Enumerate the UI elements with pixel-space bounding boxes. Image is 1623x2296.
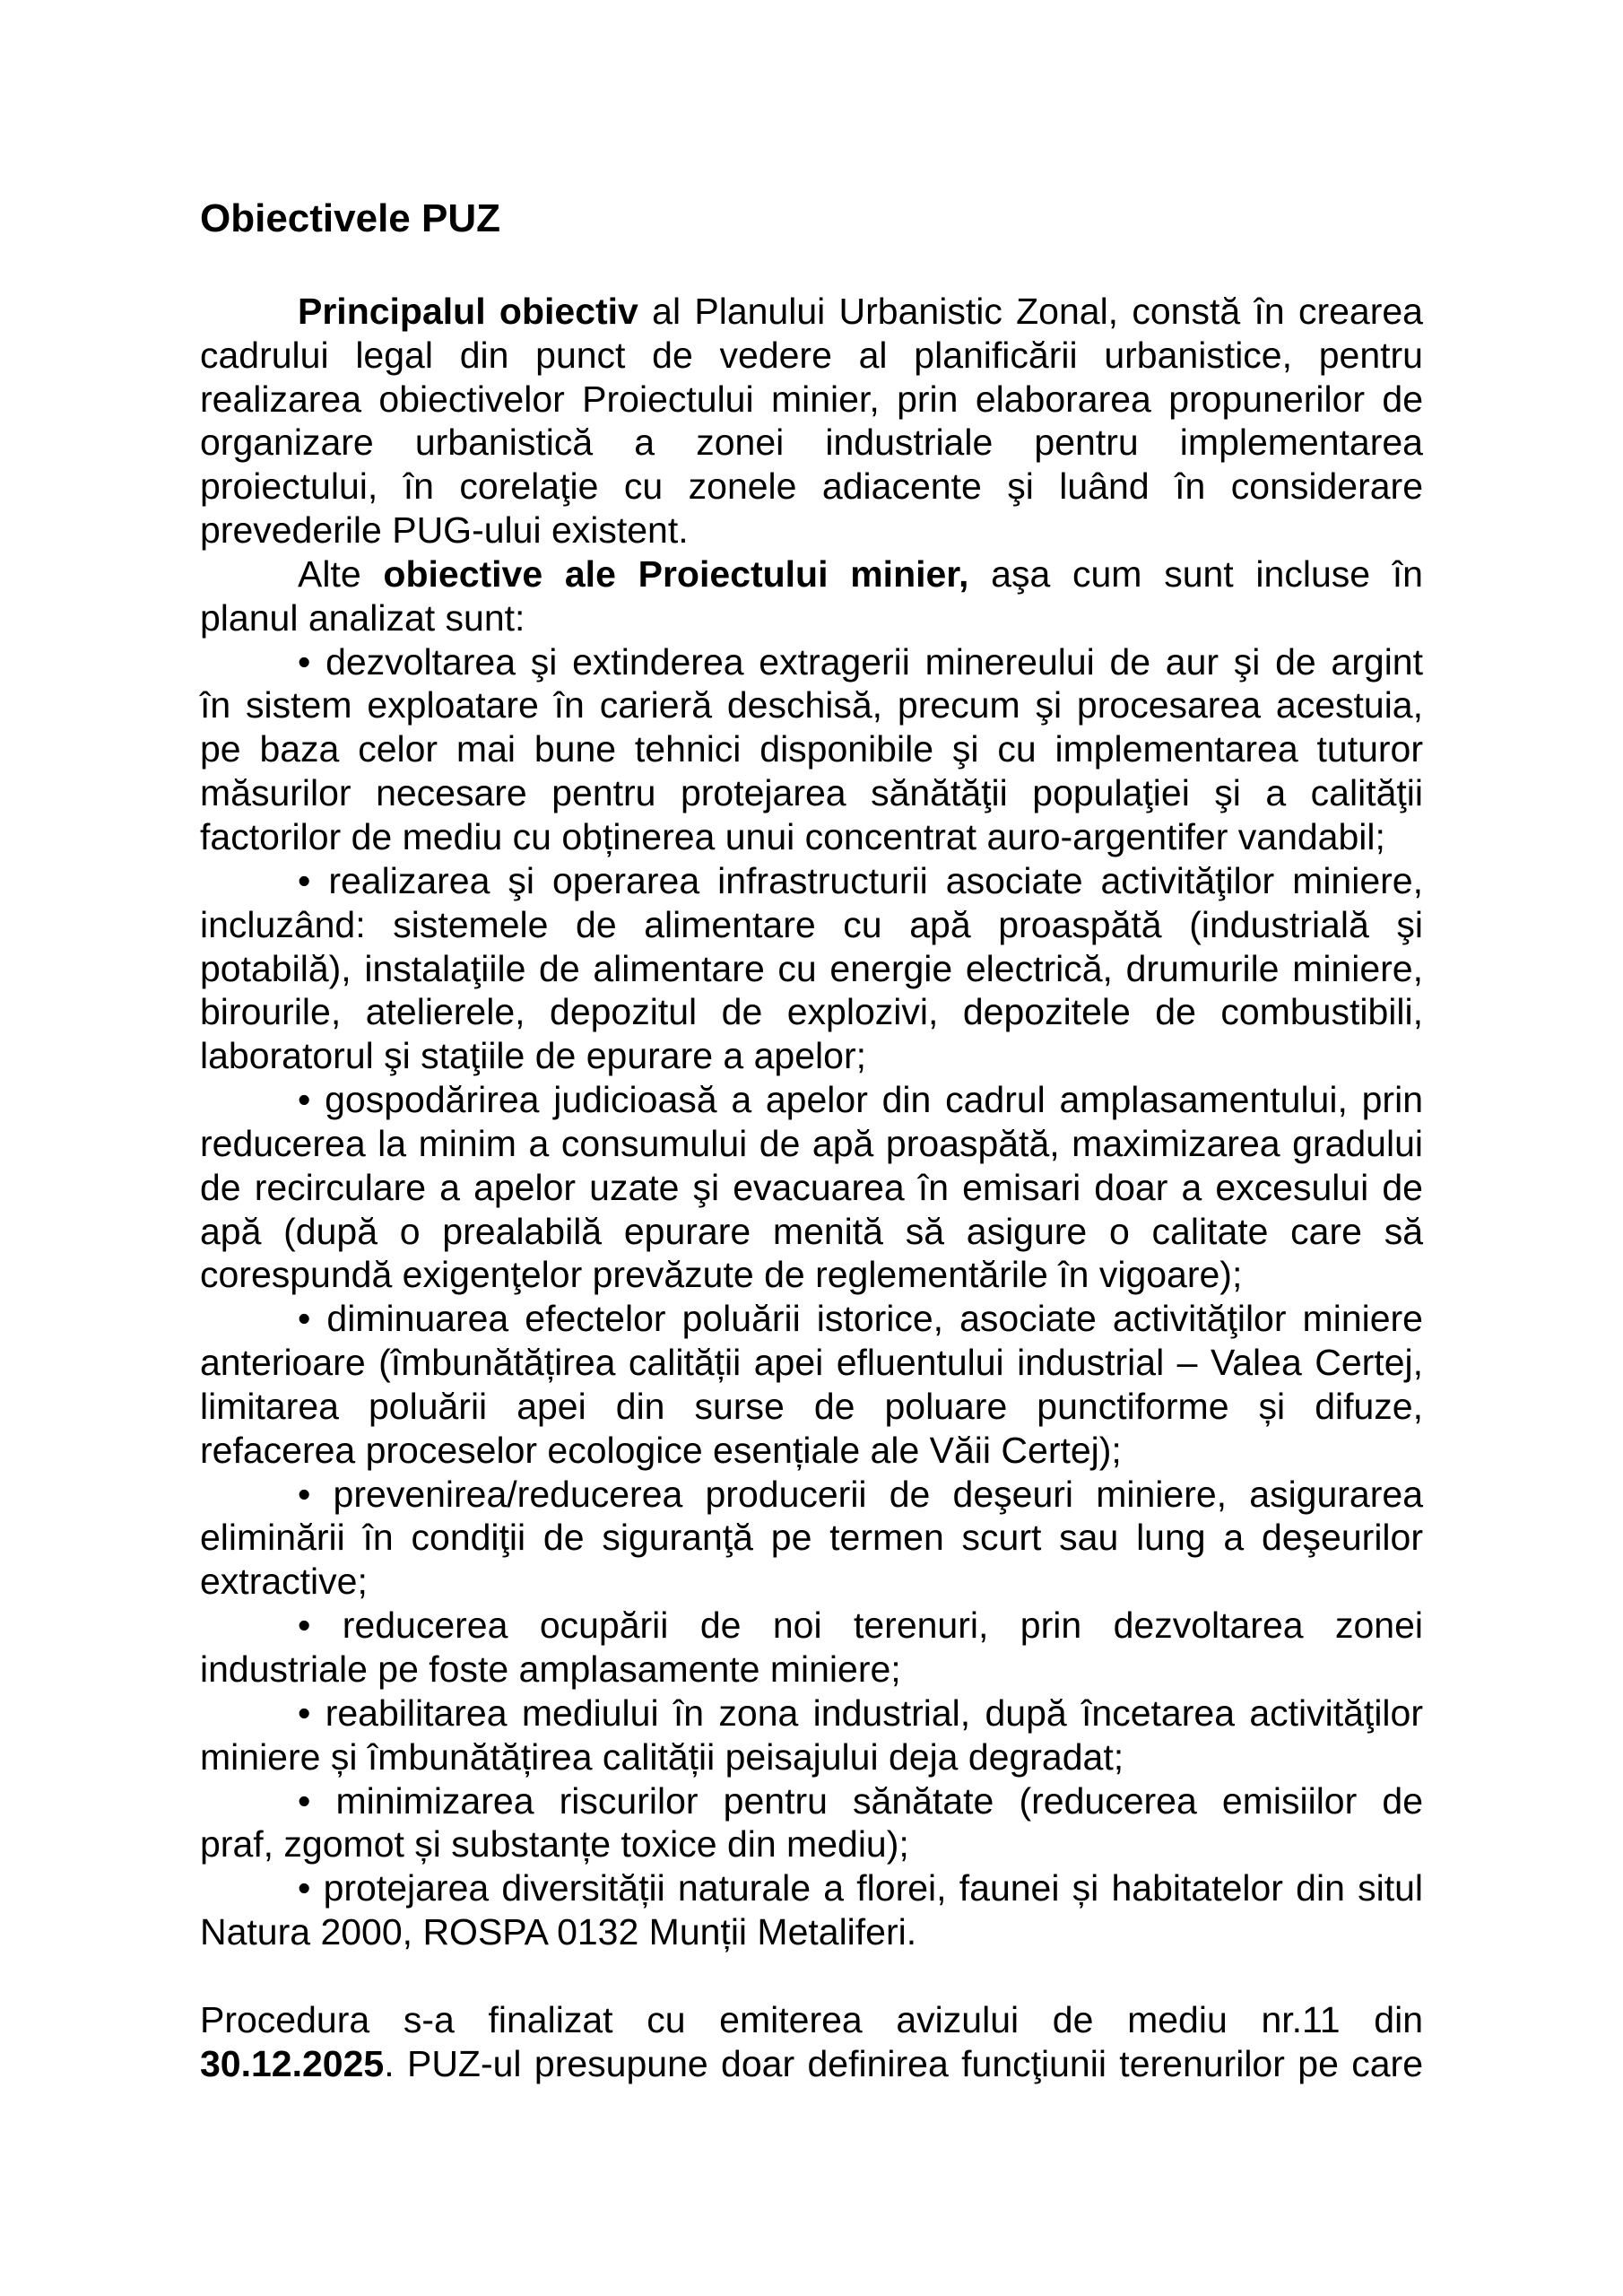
objective-bullet-9: • protejarea diversității naturale a flo… xyxy=(200,1866,1423,1954)
text-segment: măsurilor necesare pentru protejarea săn… xyxy=(200,772,1423,813)
objective-bullet-1-line-1: • dezvoltarea şi extinderea extragerii m… xyxy=(200,640,1423,684)
text-segment: • reducerea ocupării de noi terenuri, pr… xyxy=(298,1605,1423,1646)
text-segment: Alte xyxy=(298,553,383,595)
objective-bullet-5-line-3: extractive; xyxy=(200,1560,1423,1604)
text-segment: incluzând: sistemele de alimentare cu ap… xyxy=(200,904,1423,945)
objective-bullet-4: • diminuarea efectelor poluării istorice… xyxy=(200,1297,1423,1472)
text-segment: realizarea obiectivelor Proiectului mini… xyxy=(200,378,1423,420)
text-segment: . PUZ-ul presupune doar definirea funcţi… xyxy=(384,2043,1423,2084)
text-segment: cadrului legal din punct de vedere al pl… xyxy=(200,335,1423,376)
objective-bullet-1-line-5: factorilor de mediu cu obținerea unui co… xyxy=(200,815,1423,859)
objective-bullet-2: • realizarea şi operarea infrastructurii… xyxy=(200,859,1423,1078)
text-segment: eliminării în condiţii de siguranţă pe t… xyxy=(200,1517,1423,1558)
text-segment: • dezvoltarea şi extinderea extragerii m… xyxy=(298,641,1423,683)
objective-bullet-6: • reducerea ocupării de noi terenuri, pr… xyxy=(200,1604,1423,1692)
text-segment: organizare urbanistică a zonei industria… xyxy=(200,422,1423,463)
objectives-intro-paragraph-line-1: Alte obiective ale Proiectului minier, a… xyxy=(200,552,1423,596)
intro-paragraph-line-5: proiectului, în corelaţie cu zonele adia… xyxy=(200,465,1423,509)
intro-paragraph-line-1: Principalul obiectiv al Planului Urbanis… xyxy=(200,290,1423,334)
text-segment: reducerea la minim a consumului de apă p… xyxy=(200,1123,1423,1164)
objective-bullet-5-line-2: eliminării în condiţii de siguranţă pe t… xyxy=(200,1516,1423,1560)
text-segment-bold: Principalul obiectiv xyxy=(298,291,638,332)
text-segment: Procedura s-a finalizat cu emiterea aviz… xyxy=(200,1999,1423,2040)
text-segment: refacerea proceselor ecologice esențiale… xyxy=(200,1430,1122,1471)
procedure-paragraph: Procedura s-a finalizat cu emiterea aviz… xyxy=(200,1998,1423,2086)
objectives-intro-paragraph-line-2: planul analizat sunt: xyxy=(200,596,1423,640)
text-segment: • diminuarea efectelor poluării istorice… xyxy=(298,1298,1423,1339)
text-segment: factorilor de mediu cu obținerea unui co… xyxy=(200,816,1385,857)
objective-bullet-8: • minimizarea riscurilor pentru sănătate… xyxy=(200,1779,1423,1867)
text-segment: al Planului Urbanistic Zonal, constă în … xyxy=(638,291,1423,332)
procedure-paragraph-line-2: 30.12.2025. PUZ-ul presupune doar defini… xyxy=(200,2042,1423,2086)
objective-bullet-2-line-3: potabilă), instalaţiile de alimentare cu… xyxy=(200,947,1423,991)
text-segment: • prevenirea/reducerea producerii de deş… xyxy=(298,1474,1423,1515)
text-segment: • protejarea diversității naturale a flo… xyxy=(298,1867,1423,1909)
text-segment: • realizarea şi operarea infrastructurii… xyxy=(298,860,1423,901)
objectives-intro-paragraph: Alte obiective ale Proiectului minier, a… xyxy=(200,552,1423,640)
document-body: Principalul obiectiv al Planului Urbanis… xyxy=(200,290,1423,2086)
objective-bullet-1-line-2: în sistem exploatare în carieră deschisă… xyxy=(200,683,1423,727)
text-segment: • reabilitarea mediului în zona industri… xyxy=(298,1692,1423,1734)
objective-bullet-9-line-2: Natura 2000, ROSPA 0132 Munții Metalifer… xyxy=(200,1910,1423,1954)
intro-paragraph-line-2: cadrului legal din punct de vedere al pl… xyxy=(200,334,1423,378)
intro-paragraph-line-3: realizarea obiectivelor Proiectului mini… xyxy=(200,378,1423,422)
text-segment: limitarea poluării apei din surse de pol… xyxy=(200,1386,1423,1427)
text-segment: birourile, atelierele, depozitul de expl… xyxy=(200,991,1423,1032)
objective-bullet-2-line-1: • realizarea şi operarea infrastructurii… xyxy=(200,859,1423,903)
text-segment: extractive; xyxy=(200,1561,368,1602)
text-segment: aşa cum sunt incluse în xyxy=(968,553,1423,595)
objective-bullet-7-line-2: miniere și îmbunătățirea calității peisa… xyxy=(200,1735,1423,1779)
objective-bullet-1-line-3: pe baza celor mai bune tehnici disponibi… xyxy=(200,727,1423,771)
objective-bullet-8-line-2: praf, zgomot și substanțe toxice din med… xyxy=(200,1822,1423,1866)
objective-bullet-2-line-5: laboratorul şi staţiile de epurare a ape… xyxy=(200,1034,1423,1078)
objective-bullet-5-line-1: • prevenirea/reducerea producerii de deş… xyxy=(200,1473,1423,1517)
objective-bullet-4-line-1: • diminuarea efectelor poluării istorice… xyxy=(200,1297,1423,1341)
objective-bullet-3: • gospodărirea judicioasă a apelor din c… xyxy=(200,1078,1423,1297)
procedure-paragraph-line-1: Procedura s-a finalizat cu emiterea aviz… xyxy=(200,1998,1423,2042)
document-page: Obiectivele PUZ Principalul obiectiv al … xyxy=(0,0,1623,2296)
text-segment: miniere și îmbunătățirea calității peisa… xyxy=(200,1736,1124,1778)
blank-line xyxy=(200,1954,1423,1998)
text-segment: industriale pe foste amplasamente minier… xyxy=(200,1648,901,1690)
objective-bullet-3-line-3: de recirculare a apelor uzate şi evacuar… xyxy=(200,1166,1423,1210)
objective-bullet-8-line-1: • minimizarea riscurilor pentru sănătate… xyxy=(200,1779,1423,1823)
objective-bullet-4-line-2: anterioare (îmbunătățirea calității apei… xyxy=(200,1341,1423,1385)
document-title: Obiectivele PUZ xyxy=(200,197,1423,241)
objective-bullet-4-line-3: limitarea poluării apei din surse de pol… xyxy=(200,1385,1423,1429)
text-segment-bold: obiective ale Proiectului minier, xyxy=(383,553,968,595)
text-segment: planul analizat sunt: xyxy=(200,597,525,639)
objective-bullet-2-line-2: incluzând: sistemele de alimentare cu ap… xyxy=(200,903,1423,947)
text-segment: laboratorul şi staţiile de epurare a ape… xyxy=(200,1035,866,1076)
objective-bullet-9-line-1: • protejarea diversității naturale a flo… xyxy=(200,1866,1423,1910)
objective-bullet-7-line-1: • reabilitarea mediului în zona industri… xyxy=(200,1692,1423,1735)
text-segment: praf, zgomot și substanțe toxice din med… xyxy=(200,1823,909,1865)
objective-bullet-6-line-1: • reducerea ocupării de noi terenuri, pr… xyxy=(200,1604,1423,1648)
text-segment: apă (după o prealabilă epurare menită să… xyxy=(200,1211,1423,1252)
intro-paragraph: Principalul obiectiv al Planului Urbanis… xyxy=(200,290,1423,552)
objective-bullet-1: • dezvoltarea şi extinderea extragerii m… xyxy=(200,640,1423,859)
objective-bullet-4-line-4: refacerea proceselor ecologice esențiale… xyxy=(200,1429,1423,1473)
objective-bullet-7: • reabilitarea mediului în zona industri… xyxy=(200,1692,1423,1779)
objective-bullet-5: • prevenirea/reducerea producerii de deş… xyxy=(200,1473,1423,1605)
objective-bullet-3-line-2: reducerea la minim a consumului de apă p… xyxy=(200,1122,1423,1166)
text-segment: de recirculare a apelor uzate şi evacuar… xyxy=(200,1167,1423,1208)
text-segment: • gospodărirea judicioasă a apelor din c… xyxy=(298,1079,1423,1120)
text-segment: potabilă), instalaţiile de alimentare cu… xyxy=(200,948,1423,989)
objective-bullet-3-line-1: • gospodărirea judicioasă a apelor din c… xyxy=(200,1078,1423,1122)
text-segment: Natura 2000, ROSPA 0132 Munții Metalifer… xyxy=(200,1911,916,1952)
text-segment: prevederile PUG-ului existent. xyxy=(200,509,689,551)
objective-bullet-3-line-4: apă (după o prealabilă epurare menită să… xyxy=(200,1210,1423,1254)
text-segment-bold: 30.12.2025 xyxy=(200,2043,384,2084)
intro-paragraph-line-6: prevederile PUG-ului existent. xyxy=(200,509,1423,552)
text-segment: în sistem exploatare în carieră deschisă… xyxy=(200,684,1423,726)
objective-bullet-2-line-4: birourile, atelierele, depozitul de expl… xyxy=(200,990,1423,1034)
objective-bullet-6-line-2: industriale pe foste amplasamente minier… xyxy=(200,1648,1423,1692)
text-segment: • minimizarea riscurilor pentru sănătate… xyxy=(298,1780,1423,1822)
objective-bullet-3-line-5: corespundă exigenţelor prevăzute de regl… xyxy=(200,1253,1423,1297)
text-segment: corespundă exigenţelor prevăzute de regl… xyxy=(200,1254,1242,1295)
text-segment: pe baza celor mai bune tehnici disponibi… xyxy=(200,728,1423,770)
text-segment: anterioare (îmbunătățirea calității apei… xyxy=(200,1342,1423,1383)
text-segment: proiectului, în corelaţie cu zonele adia… xyxy=(200,465,1423,507)
intro-paragraph-line-4: organizare urbanistică a zonei industria… xyxy=(200,421,1423,465)
objective-bullet-1-line-4: măsurilor necesare pentru protejarea săn… xyxy=(200,771,1423,815)
